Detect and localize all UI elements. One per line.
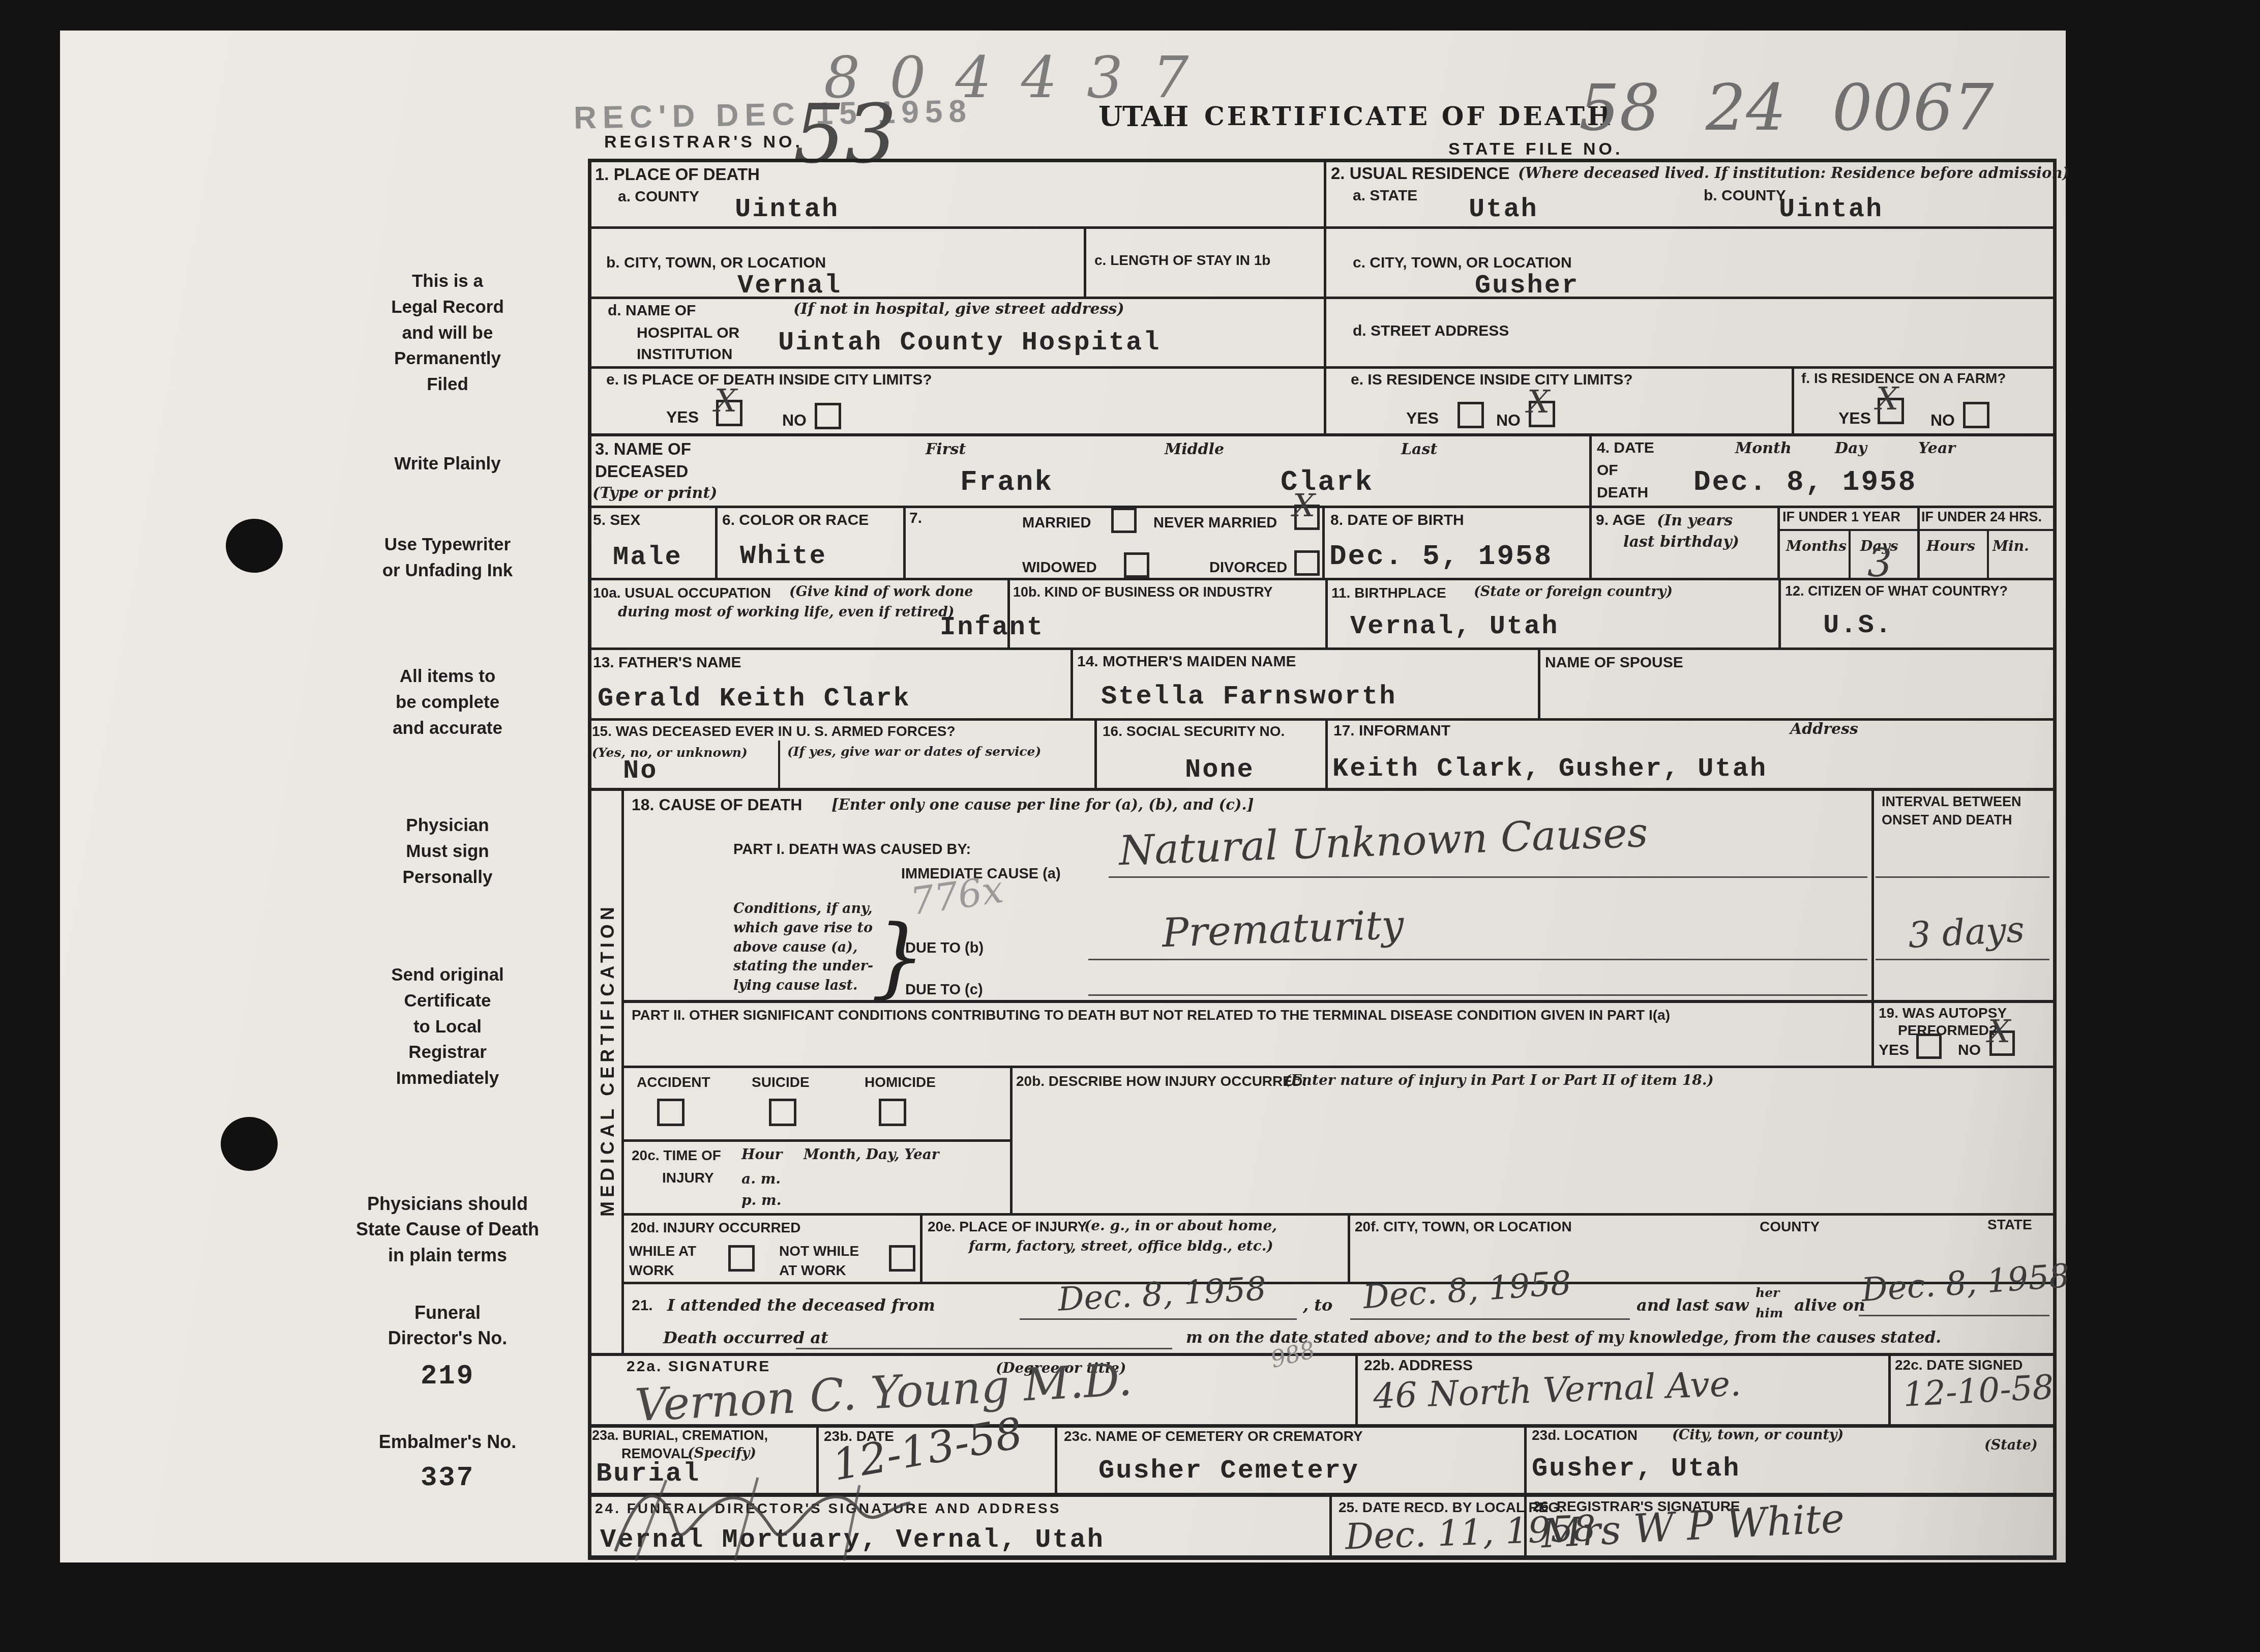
residence-city-limits-no-checkbox: X xyxy=(1529,401,1555,427)
residence-city-label: c. CITY, TOWN, OR LOCATION xyxy=(1353,253,1572,273)
rule-line xyxy=(796,1348,1172,1349)
due-to-c-label: DUE TO (c) xyxy=(905,981,983,999)
age-note-2: last birthday) xyxy=(1623,532,1739,552)
x-mark: X xyxy=(715,385,737,417)
interval-label-2: ONSET AND DEATH xyxy=(1882,812,2012,829)
hole-punch-top xyxy=(226,519,283,573)
film-edge-bottom xyxy=(0,1562,2260,1652)
sex-value: Male xyxy=(613,542,682,572)
cause-of-death-label: 18. CAUSE OF DEATH xyxy=(632,794,802,815)
residence-state-label: a. STATE xyxy=(1353,186,1417,205)
x-mark: X xyxy=(1876,383,1898,415)
birthplace-value: Vernal, Utah xyxy=(1350,611,1559,641)
year-header: Year xyxy=(1918,438,1955,458)
grid-line xyxy=(1524,1424,1527,1493)
homicide-checkbox xyxy=(879,1099,906,1126)
title-utah: UTAH xyxy=(1098,100,1188,134)
grid-line xyxy=(621,1000,2057,1003)
months-header: Months xyxy=(1786,537,1847,555)
injury-county-label: COUNTY xyxy=(1760,1218,1820,1235)
conditions-note: Conditions, if any, which gave rise to a… xyxy=(733,899,873,995)
rule-line xyxy=(1088,994,1867,996)
residence-farm-label: f. IS RESIDENCE ON A FARM? xyxy=(1801,369,2006,387)
illegible-signature-scribble xyxy=(605,1475,1063,1561)
grid-line xyxy=(1777,506,1780,578)
medical-certification-vertical-label: MEDICAL CERTIFICATION xyxy=(596,903,619,1217)
grid-line xyxy=(1849,529,1851,578)
kind-of-business-label: 10b. KIND OF BUSINESS OR INDUSTRY xyxy=(1013,584,1273,601)
usual-residence-note: (Where deceased lived. If institution: R… xyxy=(1518,164,2069,183)
margin-send-original: Send original Certificate to Local Regis… xyxy=(325,962,570,1091)
death-city-limits-no-checkbox xyxy=(815,403,841,429)
margin-use-typewriter: Use Typewriter or Unfading Ink xyxy=(325,532,570,584)
place-of-injury-label: 20e. PLACE OF INJURY xyxy=(928,1218,1087,1235)
informant-label: 17. INFORMANT xyxy=(1333,721,1450,741)
street-address-label: d. STREET ADDRESS xyxy=(1353,321,1509,341)
injury-state-label: STATE xyxy=(1987,1216,2032,1233)
day-header: Day xyxy=(1835,438,1867,458)
divorced-label: DIVORCED xyxy=(1209,558,1287,577)
fathers-name-label: 13. FATHER'S NAME xyxy=(593,653,741,672)
grid-line xyxy=(1917,506,1920,578)
rule-line xyxy=(1109,876,1867,878)
grid-line xyxy=(1589,433,1592,578)
funeral-directors-no-value: 219 xyxy=(386,1361,509,1392)
date-of-birth-label: 8. DATE OF BIRTH xyxy=(1330,511,1464,530)
age-days-value: 3 xyxy=(1867,540,1892,585)
death-occurred-at-label: Death occurred at xyxy=(663,1327,828,1349)
embalmers-no-value: 337 xyxy=(386,1463,509,1494)
armed-forces-value: No xyxy=(623,756,658,786)
cause-of-death-note: [Enter only one cause per line for (a), … xyxy=(831,795,1254,815)
death-city-limits-yes-checkbox: X xyxy=(716,400,742,426)
grid-line xyxy=(1070,647,1073,718)
ssn-label: 16. SOCIAL SECURITY NO. xyxy=(1103,722,1285,740)
never-married-label: NEVER MARRIED xyxy=(1153,514,1277,532)
hours-header: Hours xyxy=(1926,537,1975,555)
residence-city-limits-yes-label: YES xyxy=(1406,408,1439,428)
cemetery-location-value: Gusher, Utah xyxy=(1532,1454,1740,1484)
film-edge-top xyxy=(0,0,2260,31)
occupation-note-1: (Give kind of work done xyxy=(789,583,973,601)
grid-line xyxy=(1322,506,1325,578)
grid-line xyxy=(778,741,780,788)
length-of-stay-label: c. LENGTH OF STAY IN 1b xyxy=(1094,251,1270,269)
not-while-at-work-checkbox xyxy=(889,1245,915,1272)
occupation-note-2: during most of working life, even if ret… xyxy=(618,603,955,621)
describe-injury-note: (Enter nature of injury in Part I or Par… xyxy=(1284,1071,1714,1089)
grid-line xyxy=(1010,1066,1013,1213)
cemetery-label: 23c. NAME OF CEMETERY OR CREMATORY xyxy=(1064,1427,1363,1445)
due-to-b-value: Prematurity xyxy=(1162,902,1405,957)
residence-farm-no-label: NO xyxy=(1930,410,1955,430)
citizen-value: U.S. xyxy=(1823,610,1893,640)
county-value: Uintah xyxy=(735,194,839,224)
grid-line xyxy=(588,366,2057,369)
grid-line xyxy=(588,226,2057,229)
grid-line xyxy=(621,1066,2057,1068)
place-of-injury-note-1: (e. g., in or about home, xyxy=(1084,1217,1277,1235)
alive-on-label: alive on xyxy=(1794,1295,1865,1316)
him-label: him xyxy=(1756,1305,1783,1322)
armed-forces-note-2: (If yes, give war or dates of service) xyxy=(787,744,1041,760)
married-label: MARRIED xyxy=(1022,514,1091,532)
grid-line xyxy=(588,788,2057,791)
marital-item-number: 7. xyxy=(909,509,922,528)
name-of-spouse-label: NAME OF SPOUSE xyxy=(1545,653,1683,672)
margin-plain-terms: Physicians should State Cause of Death i… xyxy=(305,1191,590,1268)
place-of-death-label: 1. PLACE OF DEATH xyxy=(595,164,760,185)
date-of-death-label-1: 4. DATE xyxy=(1597,438,1654,458)
interval-value: 3 days xyxy=(1907,908,2026,956)
injury-city-label: 20f. CITY, TOWN, OR LOCATION xyxy=(1355,1218,1572,1235)
state-paren-note: (State) xyxy=(1984,1436,2038,1454)
time-of-injury-label-2: INJURY xyxy=(662,1169,714,1187)
armed-forces-label: 15. WAS DECEASED EVER IN U. S. ARMED FOR… xyxy=(592,722,956,740)
grid-line xyxy=(1778,578,1781,647)
autopsy-label-2: PERFORMED? xyxy=(1898,1021,1998,1039)
grid-line xyxy=(1084,226,1086,297)
date-of-death-value: Dec. 8, 1958 xyxy=(1693,466,1917,498)
residence-state-value: Utah xyxy=(1469,194,1538,224)
age-note-1: (In years xyxy=(1657,511,1733,530)
while-at-work-checkbox xyxy=(728,1245,755,1272)
rule-line xyxy=(1088,959,1867,960)
autopsy-no-label: NO xyxy=(1958,1041,1981,1060)
sex-label: 5. SEX xyxy=(593,511,640,530)
first-header: First xyxy=(926,439,966,459)
grid-line xyxy=(1987,529,1989,578)
informant-value: Keith Clark, Gusher, Utah xyxy=(1332,754,1767,784)
x-mark: X xyxy=(1293,490,1315,521)
residence-city-limits-no-label: NO xyxy=(1496,410,1521,430)
title-certificate-of-death: CERTIFICATE OF DEATH xyxy=(1204,101,1614,133)
residence-city-limits-yes-checkbox xyxy=(1458,402,1484,428)
accident-checkbox xyxy=(657,1099,685,1126)
rule-line xyxy=(1876,876,2049,878)
death-city-limits-no-label: NO xyxy=(782,410,807,430)
if-under-24-hrs-label: IF UNDER 24 HRS. xyxy=(1921,509,2042,526)
date-of-birth-value: Dec. 5, 1958 xyxy=(1329,540,1553,573)
autopsy-no-checkbox: X xyxy=(1989,1030,2015,1056)
grid-line xyxy=(920,1213,923,1282)
city-town-label: b. CITY, TOWN, OR LOCATION xyxy=(606,253,826,273)
residence-county-label: b. COUNTY xyxy=(1704,186,1786,205)
grid-line xyxy=(1888,1353,1891,1424)
accident-label: ACCIDENT xyxy=(637,1073,710,1091)
injury-occurred-label: 20d. INJURY OCCURRED xyxy=(631,1219,801,1236)
autopsy-yes-label: YES xyxy=(1879,1041,1909,1060)
min-header: Min. xyxy=(1993,537,2029,555)
grid-line xyxy=(588,578,2057,580)
grid-line xyxy=(588,1353,2057,1356)
never-married-checkbox: X xyxy=(1294,505,1320,530)
race-value: White xyxy=(740,541,827,571)
grid-line xyxy=(1348,1213,1350,1282)
while-at-work-label-1: WHILE AT xyxy=(629,1242,696,1260)
grid-line xyxy=(1325,718,1328,788)
grid-line xyxy=(1538,647,1540,718)
part2-label: PART II. OTHER SIGNIFICANT CONDITIONS CO… xyxy=(632,1006,1670,1024)
residence-farm-no-checkbox xyxy=(1963,402,1989,428)
armed-forces-note-1: (Yes, no, or unknown) xyxy=(592,745,748,761)
ssn-value: None xyxy=(1185,755,1255,785)
her-label: her xyxy=(1756,1285,1779,1302)
if-under-1-year-label: IF UNDER 1 YEAR xyxy=(1782,509,1900,526)
cemetery-location-note: (City, town, or county) xyxy=(1672,1426,1843,1444)
hospital-name-label-2: HOSPITAL OR xyxy=(637,323,739,343)
usual-residence-label: 2. USUAL RESIDENCE xyxy=(1331,163,1509,184)
place-of-injury-note-2: farm, factory, street, office bldg., etc… xyxy=(969,1237,1273,1255)
hospital-name-label-1: d. NAME OF xyxy=(608,301,696,320)
interval-label-1: INTERVAL BETWEEN xyxy=(1882,793,2021,811)
middle-header: Middle xyxy=(1165,439,1224,459)
mothers-maiden-name-value: Stella Farnsworth xyxy=(1101,682,1397,712)
grid-line xyxy=(1871,788,1874,1066)
film-edge-right xyxy=(2066,0,2260,1652)
last-saw-label: and last saw xyxy=(1637,1295,1749,1316)
divorced-checkbox xyxy=(1294,550,1320,576)
homicide-label: HOMICIDE xyxy=(865,1073,936,1091)
attended-from-label: I attended the deceased from xyxy=(667,1295,935,1316)
cemetery-value: Gusher Cemetery xyxy=(1098,1456,1359,1486)
not-while-at-work-label-2: AT WORK xyxy=(779,1261,846,1279)
grid-line xyxy=(903,506,906,578)
month-day-year-header: Month, Day, Year xyxy=(804,1145,939,1164)
rule-line xyxy=(1350,1318,1630,1320)
grid-line xyxy=(1355,1353,1358,1424)
grid-line xyxy=(1777,529,2053,531)
grid-line xyxy=(588,433,2057,436)
death-city-limits-yes-label: YES xyxy=(666,407,699,427)
funeral-directors-no-label: Funeral Director's No. xyxy=(325,1300,570,1351)
pm-label: p. m. xyxy=(741,1191,781,1209)
margin-legal-record: This is a Legal Record and will be Perma… xyxy=(325,269,570,398)
to-label: , to xyxy=(1303,1295,1332,1316)
hospital-name-label-3: INSTITUTION xyxy=(637,345,732,364)
margin-physician-sign: Physician Must sign Personally xyxy=(325,813,570,890)
describe-injury-label: 20b. DESCRIBE HOW INJURY OCCURRED. xyxy=(1016,1072,1306,1090)
date-signed-value: 12-10-58 xyxy=(1902,1367,2055,1414)
birthplace-label: 11. BIRTHPLACE xyxy=(1331,584,1446,602)
date-of-death-label-2: OF xyxy=(1597,461,1618,480)
widowed-label: WIDOWED xyxy=(1022,558,1097,577)
color-race-label: 6. COLOR OR RACE xyxy=(722,511,869,530)
age-label: 9. AGE xyxy=(1596,511,1645,530)
margin-all-items: All items to be complete and accurate xyxy=(325,664,570,741)
hospital-note: (If not in hospital, give street address… xyxy=(793,299,1124,319)
grid-line xyxy=(621,1139,1010,1142)
rule-line xyxy=(1859,1315,2049,1316)
death-certificate-scan: { "header": { "received_stamp": "REC'D D… xyxy=(0,0,2260,1652)
residence-farm-yes-label: YES xyxy=(1838,408,1871,428)
residence-county-value: Uintah xyxy=(1779,194,1883,224)
grid-line xyxy=(1792,366,1794,433)
residence-city-value: Gusher xyxy=(1475,271,1579,301)
birthplace-note: (State or foreign country) xyxy=(1474,583,1673,601)
not-while-at-work-label-1: NOT WHILE xyxy=(779,1242,859,1260)
hospital-value: Uintah County Hospital xyxy=(778,328,1161,358)
grid-line xyxy=(588,647,2057,650)
month-header: Month xyxy=(1735,438,1792,458)
cemetery-location-label: 23d. LOCATION xyxy=(1532,1426,1638,1444)
item-21-number: 21. xyxy=(632,1296,653,1315)
grid-line xyxy=(621,788,624,1353)
x-mark: X xyxy=(1988,1016,2010,1047)
married-checkbox xyxy=(1111,508,1137,533)
mothers-maiden-name-label: 14. MOTHER'S MAIDEN NAME xyxy=(1077,652,1296,671)
form-border-right xyxy=(2053,159,2057,1557)
rule-line xyxy=(1876,959,2049,960)
grid-line xyxy=(1325,578,1328,647)
last-header: Last xyxy=(1401,439,1437,459)
suicide-label: SUICIDE xyxy=(752,1073,810,1091)
grid-line xyxy=(1094,718,1097,788)
death-city-limits-label: e. IS PLACE OF DEATH INSIDE CITY LIMITS? xyxy=(606,370,932,390)
autopsy-yes-checkbox xyxy=(1916,1034,1942,1059)
am-label: a. m. xyxy=(741,1170,781,1188)
grid-line xyxy=(621,1213,2057,1216)
grid-line xyxy=(715,506,718,578)
fathers-name-value: Gerald Keith Clark xyxy=(598,684,911,714)
grid-line xyxy=(621,1282,2057,1284)
time-of-injury-label-1: 20c. TIME OF xyxy=(632,1146,721,1164)
hour-header: Hour xyxy=(741,1145,782,1164)
hole-punch-bottom xyxy=(221,1117,278,1171)
usual-occupation-label: 10a. USUAL OCCUPATION xyxy=(593,584,771,602)
form-border-top xyxy=(588,159,2057,162)
date-of-death-label-3: DEATH xyxy=(1597,483,1648,503)
citizen-label: 12. CITIZEN OF WHAT COUNTRY? xyxy=(1785,583,2008,600)
due-to-b-label: DUE TO (b) xyxy=(905,939,984,957)
part1-label: PART I. DEATH WAS CAUSED BY: xyxy=(733,840,971,859)
name-of-deceased-label-1: 3. NAME OF xyxy=(595,438,691,459)
suicide-checkbox xyxy=(769,1099,796,1126)
registrar-no-value: 53 xyxy=(793,86,897,182)
city-value: Vernal xyxy=(737,271,842,301)
residence-city-limits-label: e. IS RESIDENCE INSIDE CITY LIMITS? xyxy=(1351,370,1633,390)
informant-address-header: Address xyxy=(1790,719,1858,739)
x-mark: X xyxy=(1527,386,1550,418)
burial-cremation-label-1: 23a. BURIAL, CREMATION, xyxy=(592,1427,768,1444)
margin-write-plainly: Write Plainly xyxy=(325,453,570,475)
residence-farm-yes-checkbox: X xyxy=(1878,398,1904,424)
address-label: 22b. ADDRESS xyxy=(1364,1356,1473,1375)
grid-line xyxy=(1324,159,1326,433)
state-file-no-value: 58 24 0067 xyxy=(1579,71,1994,145)
first-name-value: Frank xyxy=(960,466,1053,498)
while-at-work-label-2: WORK xyxy=(629,1261,674,1279)
grid-line xyxy=(1329,1493,1332,1555)
name-of-deceased-label-2: DECEASED xyxy=(595,461,688,482)
registrar-no-label: REGISTRAR'S NO. xyxy=(604,131,803,153)
embalmers-no-label: Embalmer's No. xyxy=(305,1430,590,1453)
form-border-left xyxy=(588,159,591,1557)
occupation-value: Infant xyxy=(940,612,1044,642)
county-label: a. COUNTY xyxy=(618,187,699,206)
film-edge-left xyxy=(0,0,60,1652)
widowed-checkbox xyxy=(1124,552,1149,578)
type-or-print-note: (Type or print) xyxy=(592,483,717,503)
